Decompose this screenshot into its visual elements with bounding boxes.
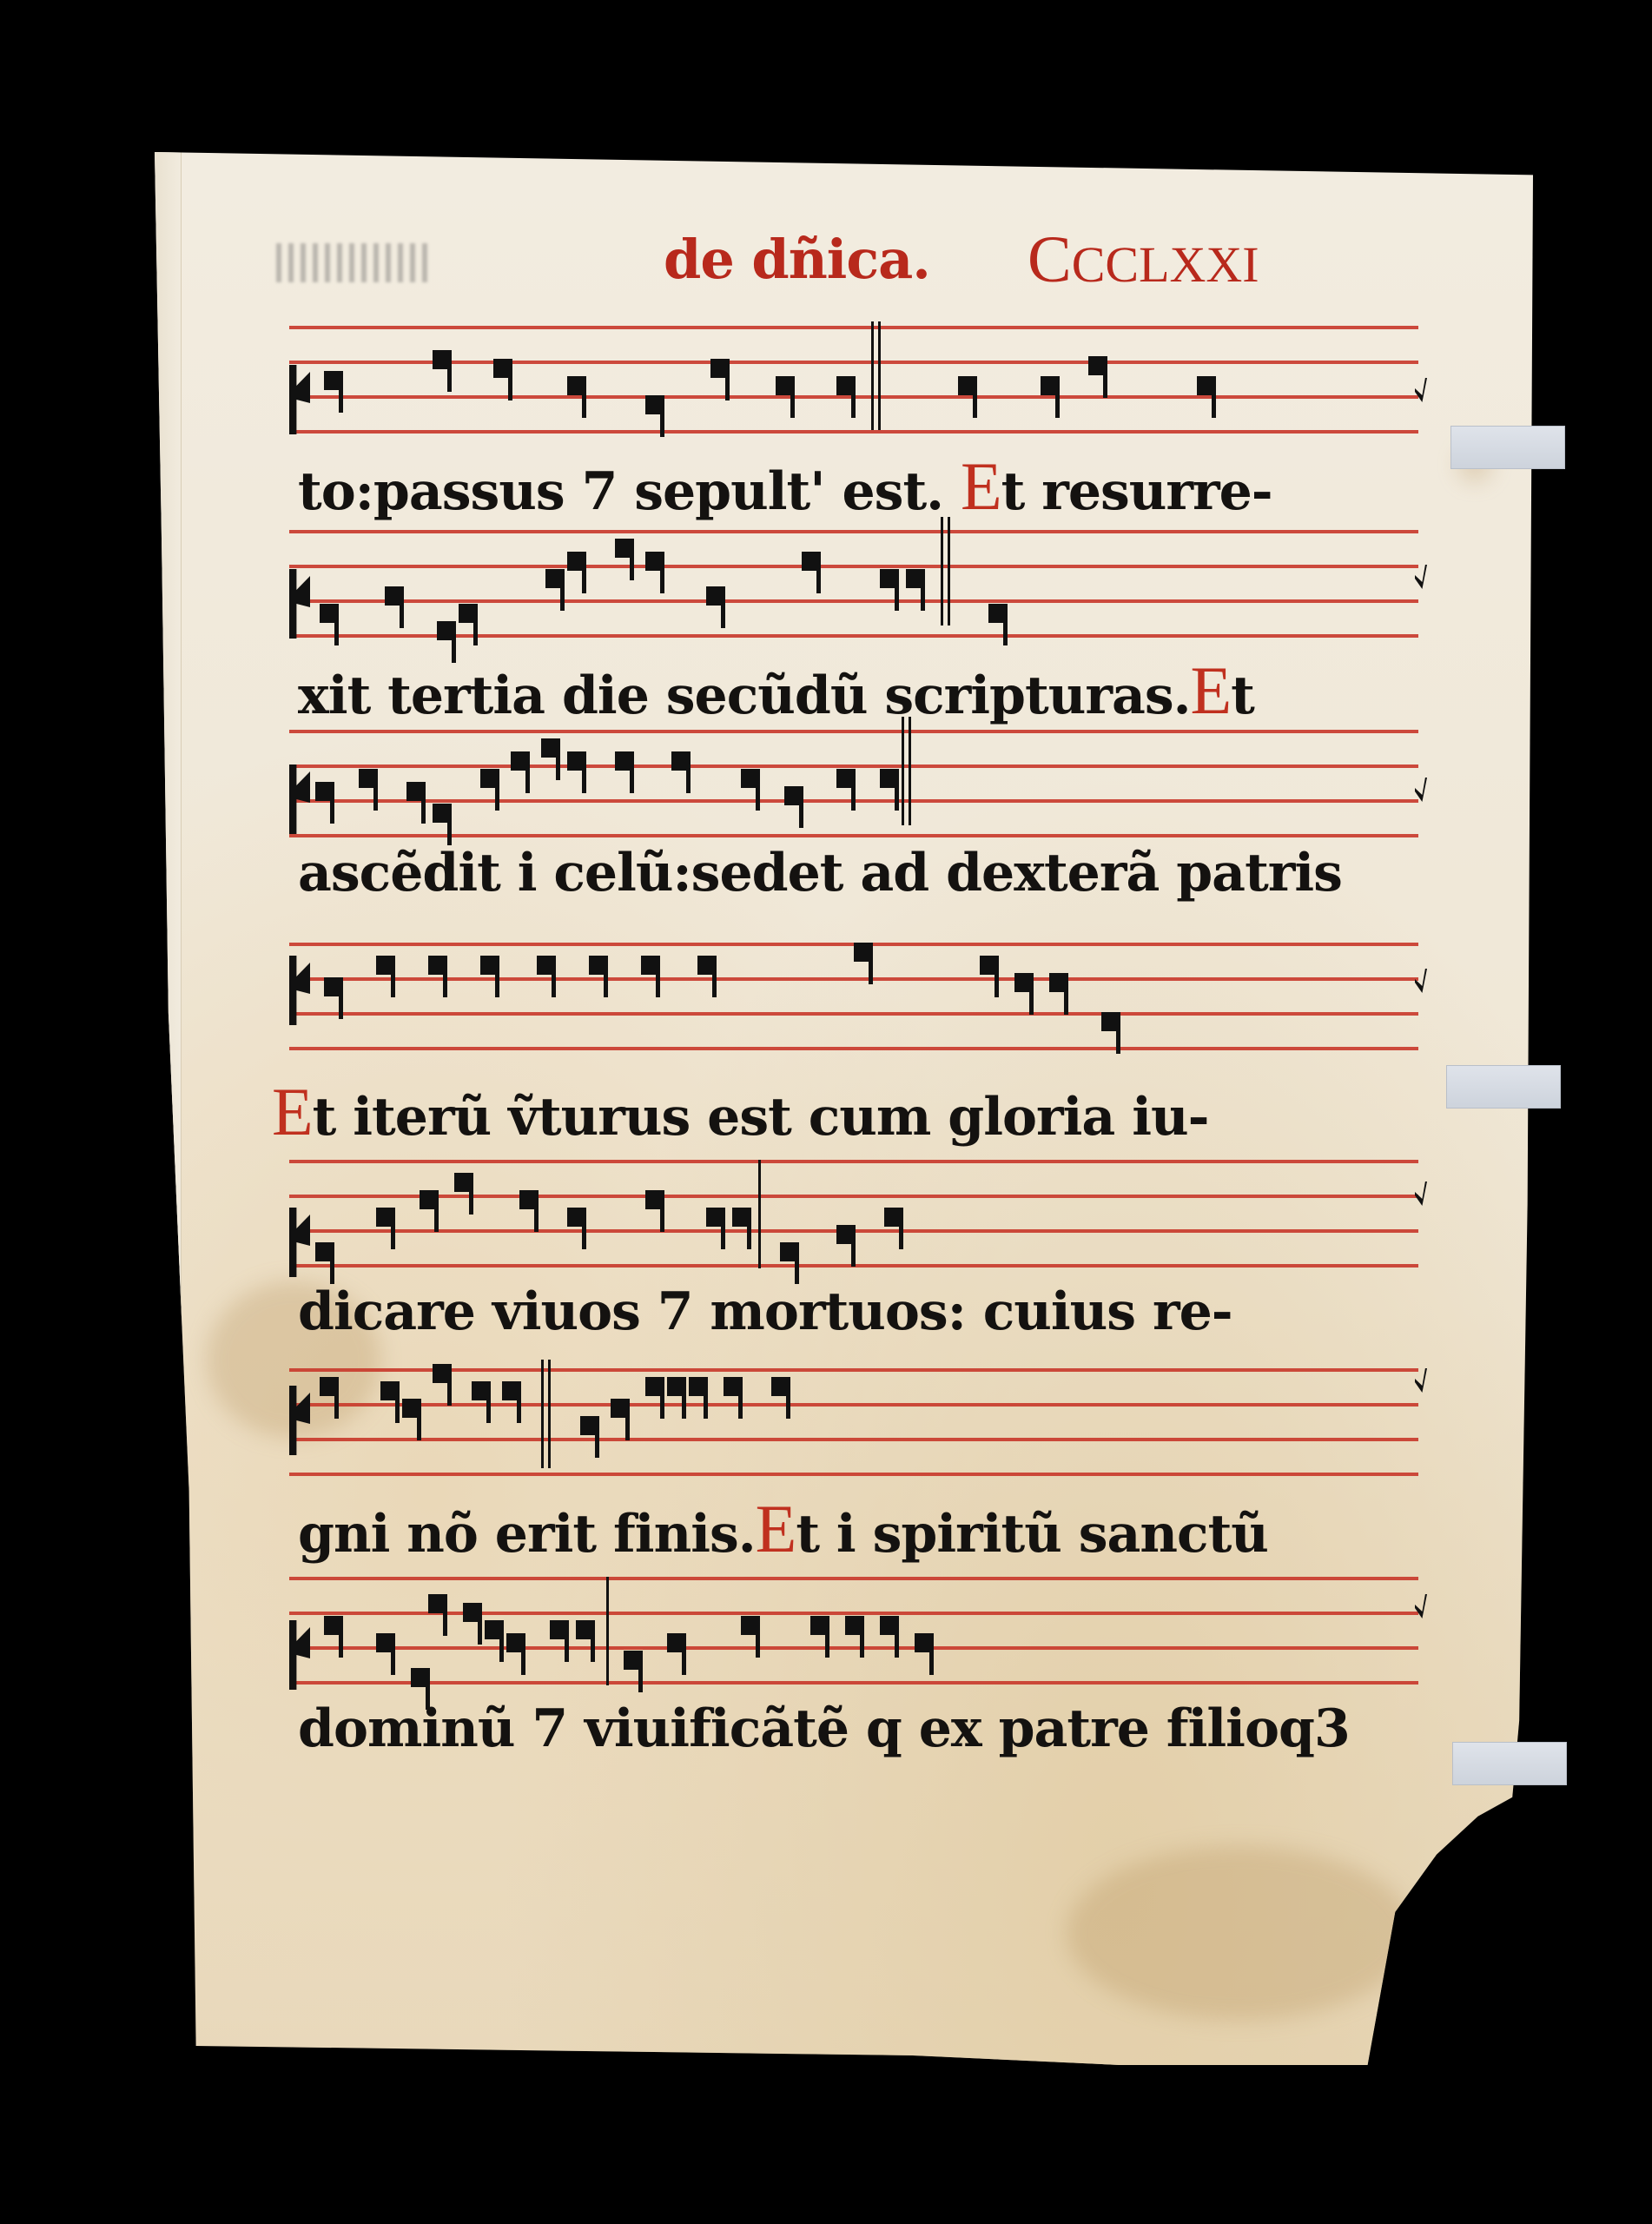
neume-icon (480, 956, 499, 975)
lyric-line: ascẽdit i celũ:sedet ad dexterã patris (298, 843, 1342, 903)
neume-icon (420, 1190, 439, 1209)
neume-icon (645, 1190, 664, 1209)
custos-icon (1415, 1368, 1427, 1403)
neume-icon (884, 1208, 903, 1227)
neume-icon (502, 1381, 521, 1400)
neume-icon (1041, 376, 1060, 395)
water-stain (1067, 1846, 1414, 2020)
neume-icon (567, 552, 586, 571)
neume-icon (511, 751, 530, 771)
custos-icon (1415, 565, 1427, 599)
neume-icon (463, 1603, 482, 1622)
neume-icon (802, 552, 821, 571)
neume-icon (376, 956, 395, 975)
neume-icon (1049, 973, 1068, 992)
double-bar (941, 517, 943, 625)
neume-icon (480, 769, 499, 788)
c-clef-icon (289, 1386, 310, 1455)
neume-icon (359, 769, 378, 788)
lyric-line: dominũ 7 viuificãtẽ q ex patre filioq3 (298, 1698, 1350, 1759)
folio-number: CCCLXXI (1028, 222, 1259, 298)
c-clef-icon (289, 569, 310, 639)
neume-icon (380, 1381, 400, 1400)
neume-icon (485, 1620, 504, 1639)
staff (289, 943, 1418, 1047)
neume-icon (433, 350, 452, 369)
neume-icon (780, 1242, 799, 1261)
neume-icon (324, 1616, 343, 1635)
neume-icon (437, 621, 456, 640)
c-clef-icon (289, 1620, 310, 1690)
staff (289, 1160, 1418, 1264)
neume-icon (645, 395, 664, 414)
neume-icon (428, 1594, 447, 1613)
neume-icon (376, 1633, 395, 1652)
lyric-line: dicare viuos 7 mortuos: cuius re- (298, 1281, 1232, 1342)
neume-icon (915, 1633, 934, 1652)
red-initial: E (272, 1074, 313, 1149)
single-bar (758, 1160, 761, 1268)
lyric-line: xit tertia die secũdũ scripturas.Et (298, 652, 1254, 730)
red-initial: E (961, 448, 1001, 524)
neume-icon (550, 1620, 569, 1639)
neume-icon (454, 1173, 473, 1192)
neume-icon (641, 956, 660, 975)
neume-icon (506, 1633, 525, 1652)
neume-icon (706, 586, 725, 606)
neume-icon (810, 1616, 829, 1635)
neume-icon (880, 1616, 899, 1635)
staff (289, 1368, 1418, 1473)
neume-icon (519, 1190, 539, 1209)
neume-icon (611, 1399, 630, 1418)
staff (289, 530, 1418, 634)
neume-icon (1101, 1012, 1120, 1031)
neume-icon (706, 1208, 725, 1227)
staff (289, 730, 1418, 834)
red-initial: E (756, 1491, 796, 1566)
music-system: gni nõ erit finis.Et i spiritũ sanctũ (272, 1368, 1418, 1572)
neume-icon (689, 1377, 708, 1396)
custos-icon (1415, 778, 1427, 812)
tab-flag (1450, 426, 1565, 469)
neume-icon (411, 1668, 430, 1687)
lyric-line: to:passus 7 sepult' est. Et resurre- (298, 447, 1272, 526)
neume-icon (836, 376, 856, 395)
music-system: xit tertia die secũdũ scripturas.Et (272, 530, 1418, 734)
double-bar (541, 1360, 544, 1468)
neume-icon (645, 1377, 664, 1396)
neume-icon (880, 569, 899, 588)
neume-icon (741, 769, 760, 788)
neume-icon (645, 552, 664, 571)
neume-icon (472, 1381, 491, 1400)
custos-icon (1415, 1181, 1427, 1216)
neume-icon (784, 786, 803, 805)
neume-icon (324, 977, 343, 996)
double-bar (871, 321, 874, 430)
neume-icon (836, 769, 856, 788)
neume-icon (315, 1242, 334, 1261)
custos-icon (1415, 969, 1427, 1003)
page-header: de dñica. CCCLXXI (155, 228, 1533, 306)
neume-icon (1197, 376, 1216, 395)
music-system: ascẽdit i celũ:sedet ad dexterã patris (272, 730, 1418, 934)
neume-icon (567, 376, 586, 395)
music-system: to:passus 7 sepult' est. Et resurre- (272, 326, 1418, 530)
tab-flag (1446, 1065, 1561, 1109)
neume-icon (385, 586, 404, 606)
folio-initial: C (1028, 223, 1072, 296)
manuscript-leaf: de dñica. CCCLXXI to:passus 7 sepult' es… (155, 152, 1533, 2065)
binding-fold (155, 152, 182, 2065)
neume-icon (541, 738, 560, 758)
neume-icon (567, 1208, 586, 1227)
neume-icon (615, 539, 634, 558)
neume-icon (958, 376, 977, 395)
neume-icon (576, 1620, 595, 1639)
neume-icon (854, 943, 873, 962)
neume-icon (589, 956, 608, 975)
neume-icon (1014, 973, 1034, 992)
double-bar (902, 717, 904, 825)
music-system: Et iterũ ṽturus est cum gloria iu- (272, 943, 1418, 1147)
staff (289, 1577, 1418, 1681)
neume-icon (771, 1377, 790, 1396)
neume-icon (567, 751, 586, 771)
neume-icon (906, 569, 925, 588)
neume-icon (320, 604, 339, 623)
neume-icon (724, 1377, 743, 1396)
c-clef-icon (289, 365, 310, 434)
neume-icon (615, 751, 634, 771)
neume-icon (671, 751, 691, 771)
neume-icon (402, 1399, 421, 1418)
running-head: de dñica. (664, 228, 930, 291)
neume-icon (776, 376, 795, 395)
neume-icon (697, 956, 717, 975)
lyric-line: Et iterũ ṽturus est cum gloria iu- (272, 1073, 1209, 1151)
music-system: dominũ 7 viuificãtẽ q ex patre filioq3 (272, 1577, 1418, 1781)
neume-icon (493, 359, 512, 378)
neume-icon (315, 782, 334, 801)
neume-icon (836, 1225, 856, 1244)
neume-icon (988, 604, 1008, 623)
neume-icon (433, 1364, 452, 1383)
neume-icon (980, 956, 999, 975)
staff (289, 326, 1418, 430)
neume-icon (741, 1616, 760, 1635)
music-system: dicare viuos 7 mortuos: cuius re- (272, 1160, 1418, 1364)
neume-icon (845, 1616, 864, 1635)
neume-icon (545, 569, 565, 588)
neume-icon (376, 1208, 395, 1227)
neume-icon (732, 1208, 751, 1227)
neume-icon (537, 956, 556, 975)
lyric-line: gni nõ erit finis.Et i spiritũ sanctũ (298, 1490, 1268, 1568)
neume-icon (710, 359, 730, 378)
neume-icon (624, 1651, 643, 1670)
red-initial: E (1191, 652, 1232, 728)
neume-icon (459, 604, 478, 623)
tab-flag (1452, 1742, 1567, 1785)
neume-icon (880, 769, 899, 788)
neume-icon (324, 371, 343, 390)
folio-rest: CCLXXI (1072, 236, 1259, 293)
neume-icon (320, 1377, 339, 1396)
neume-icon (667, 1633, 686, 1652)
c-clef-icon (289, 764, 310, 834)
neume-icon (428, 956, 447, 975)
single-bar (606, 1577, 609, 1685)
neume-icon (406, 782, 426, 801)
neume-icon (433, 804, 452, 823)
neume-icon (580, 1416, 599, 1435)
neume-icon (667, 1377, 686, 1396)
neume-icon (1088, 356, 1107, 375)
